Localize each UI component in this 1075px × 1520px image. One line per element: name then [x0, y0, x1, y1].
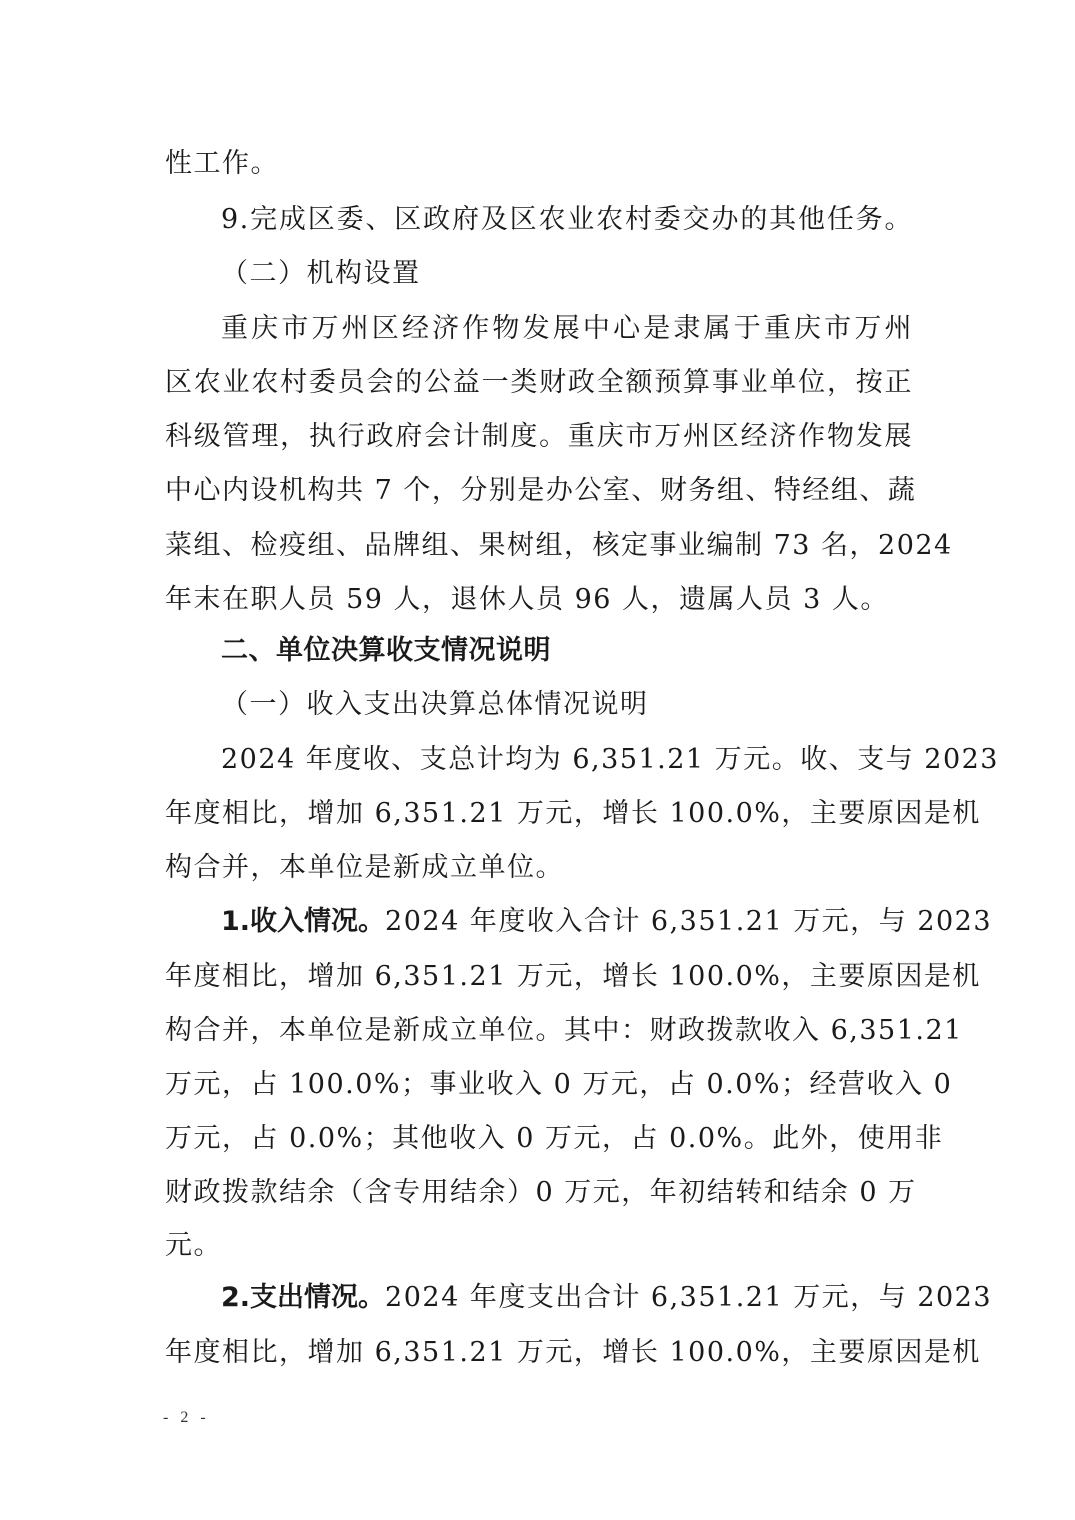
paragraph-line: 区农业农村委员会的公益一类财政全额预算事业单位，按正 [165, 366, 913, 400]
paragraph-line: 万元，占 100.0%；事业收入 0 万元，占 0.0%；经营收入 0 [165, 1068, 913, 1102]
expenditure-lead: 2.支出情况。 [221, 1281, 385, 1315]
page-number: - 2 - [163, 1409, 210, 1427]
paragraph-line: 年度相比，增加 6,351.21 万元，增长 100.0%，主要原因是机 [165, 960, 913, 994]
section-subheading: （二）机构设置 [165, 257, 913, 291]
paragraph-line: 财政拨款结余（含专用结余）0 万元，年初结转和结余 0 万 [165, 1176, 913, 1210]
section-heading: 二、单位决算收支情况说明 [165, 634, 913, 668]
expenditure-text: 2024 年度支出合计 6,351.21 万元，与 2023 [385, 1281, 992, 1315]
paragraph-line: 构合并，本单位是新成立单位。其中：财政拨款收入 6,351.21 [165, 1014, 913, 1048]
paragraph-line: 性工作。 [165, 147, 913, 181]
paragraph-line: 年末在职人员 59 人，退休人员 96 人，遗属人员 3 人。 [165, 583, 913, 617]
paragraph-line: 科级管理，执行政府会计制度。重庆市万州区经济作物发展 [165, 420, 913, 454]
paragraph-line: 9.完成区委、区政府及区农业农村委交办的其他任务。 [165, 203, 913, 237]
paragraph-line: 重庆市万州区经济作物发展中心是隶属于重庆市万州 [165, 312, 913, 346]
income-lead: 1.收入情况。 [221, 905, 385, 939]
paragraph-line-income: 1.收入情况。 2024 年度收入合计 6,351.21 万元，与 2023 [165, 905, 913, 939]
section-subheading: （一）收入支出决算总体情况说明 [165, 688, 913, 722]
paragraph-line: 构合并，本单位是新成立单位。 [165, 851, 913, 885]
paragraph-line: 年度相比，增加 6,351.21 万元，增长 100.0%，主要原因是机 [165, 1336, 913, 1370]
paragraph-line: 年度相比，增加 6,351.21 万元，增长 100.0%，主要原因是机 [165, 797, 913, 831]
paragraph-line: 元。 [165, 1229, 913, 1263]
paragraph-line: 万元，占 0.0%；其他收入 0 万元，占 0.0%。此外，使用非 [165, 1122, 913, 1156]
income-text: 2024 年度收入合计 6,351.21 万元，与 2023 [385, 905, 992, 939]
paragraph-line: 2024 年度收、支总计均为 6,351.21 万元。收、支与 2023 [165, 743, 913, 777]
paragraph-line: 中心内设机构共 7 个，分别是办公室、财务组、特经组、蔬 [165, 474, 913, 508]
paragraph-line: 菜组、检疫组、品牌组、果树组，核定事业编制 73 名，2024 [165, 529, 913, 563]
paragraph-line-expenditure: 2.支出情况。 2024 年度支出合计 6,351.21 万元，与 2023 [165, 1281, 913, 1315]
